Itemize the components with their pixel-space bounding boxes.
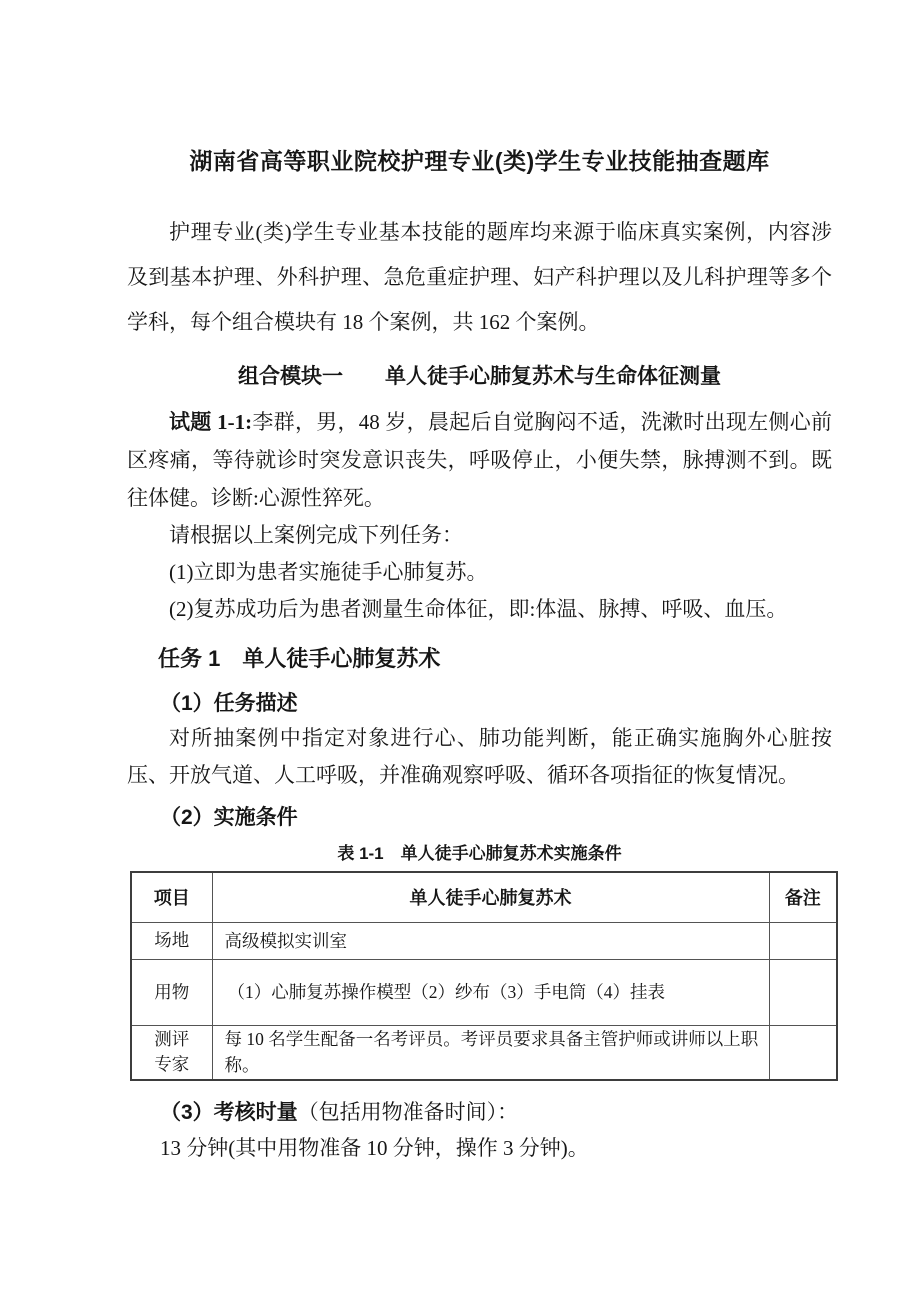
row-label-text: 用物 — [154, 980, 189, 1005]
document-page: 湖南省高等职业院校护理专业(类)学生专业技能抽查题库 护理专业(类)学生专业基本… — [0, 0, 920, 1302]
table-header-skill: 单人徒手心肺复苏术 — [212, 872, 769, 922]
table-caption: 表 1-1 单人徒手心肺复苏术实施条件 — [127, 842, 832, 866]
table-row-tools: 用物 （1）心肺复苏操作模型（2）纱布（3）手电筒（4）挂表 — [131, 959, 837, 1025]
table-header-note: 备注 — [769, 872, 837, 922]
page-title: 湖南省高等职业院校护理专业(类)学生专业技能抽查题库 — [127, 146, 832, 176]
row-label-site: 场地 — [131, 922, 212, 959]
exam-time-label: （3）考核时量 — [160, 1101, 298, 1124]
row-content-tools: （1）心肺复苏操作模型（2）纱布（3）手电筒（4）挂表 — [212, 959, 769, 1025]
table-row-site: 场地 高级模拟实训室 — [131, 922, 837, 959]
table-row-expert: 测评专家 每 10 名学生配备一名考评员。考评员要求具备主管护师或讲师以上职称。 — [131, 1025, 837, 1080]
conditions-table: 项目 单人徒手心肺复苏术 备注 场地 高级模拟实训室 用物 （1）心肺复苏操作模… — [130, 871, 838, 1081]
row-note-site — [769, 922, 837, 959]
task-item-2: (2)复苏成功后为患者测量生命体征，即:体温、脉搏、呼吸、血压。 — [127, 591, 832, 628]
case-label: 试题 1-1: — [169, 410, 252, 434]
sub-heading-task-description: （1）任务描述 — [160, 688, 832, 720]
case-paragraph: 试题 1-1:李群，男，48 岁，晨起后自觉胸闷不适，洗漱时出现左侧心前区疼痛，… — [127, 403, 832, 517]
exam-duration-line: 13 分钟(其中用物准备 10 分钟，操作 3 分钟)。 — [160, 1132, 832, 1164]
task-item-1: (1)立即为患者实施徒手心肺复苏。 — [127, 554, 832, 591]
table-header-row: 项目 单人徒手心肺复苏术 备注 — [131, 872, 837, 922]
sub-heading-exam-time: （3）考核时量（包括用物准备时间）： — [160, 1097, 832, 1129]
row-label-expert: 测评专家 — [131, 1025, 212, 1080]
document-content: 湖南省高等职业院校护理专业(类)学生专业技能抽查题库 护理专业(类)学生专业基本… — [0, 0, 920, 1164]
row-note-expert — [769, 1025, 837, 1080]
task-1-heading: 任务 1 单人徒手心肺复苏术 — [158, 642, 832, 676]
row-content-expert: 每 10 名学生配备一名考评员。考评员要求具备主管护师或讲师以上职称。 — [212, 1025, 769, 1080]
row-label-text: 测评专家 — [151, 1027, 193, 1077]
row-label-tools: 用物 — [131, 959, 212, 1025]
task-intro-line: 请根据以上案例完成下列任务： — [127, 517, 832, 554]
intro-paragraph: 护理专业(类)学生专业基本技能的题库均来源于临床真实案例，内容涉及到基本护理、外… — [127, 210, 832, 345]
row-content-site: 高级模拟实训室 — [212, 922, 769, 959]
row-label-text: 场地 — [154, 928, 189, 953]
table-header-item: 项目 — [131, 872, 212, 922]
task-description-paragraph: 对所抽案例中指定对象进行心、肺功能判断，能正确实施胸外心脏按压、开放气道、人工呼… — [127, 720, 832, 794]
exam-time-note: （包括用物准备时间）： — [298, 1101, 519, 1124]
row-note-tools — [769, 959, 837, 1025]
module-heading: 组合模块一 单人徒手心肺复苏术与生命体征测量 — [127, 361, 832, 393]
sub-heading-conditions: （2）实施条件 — [160, 802, 832, 834]
